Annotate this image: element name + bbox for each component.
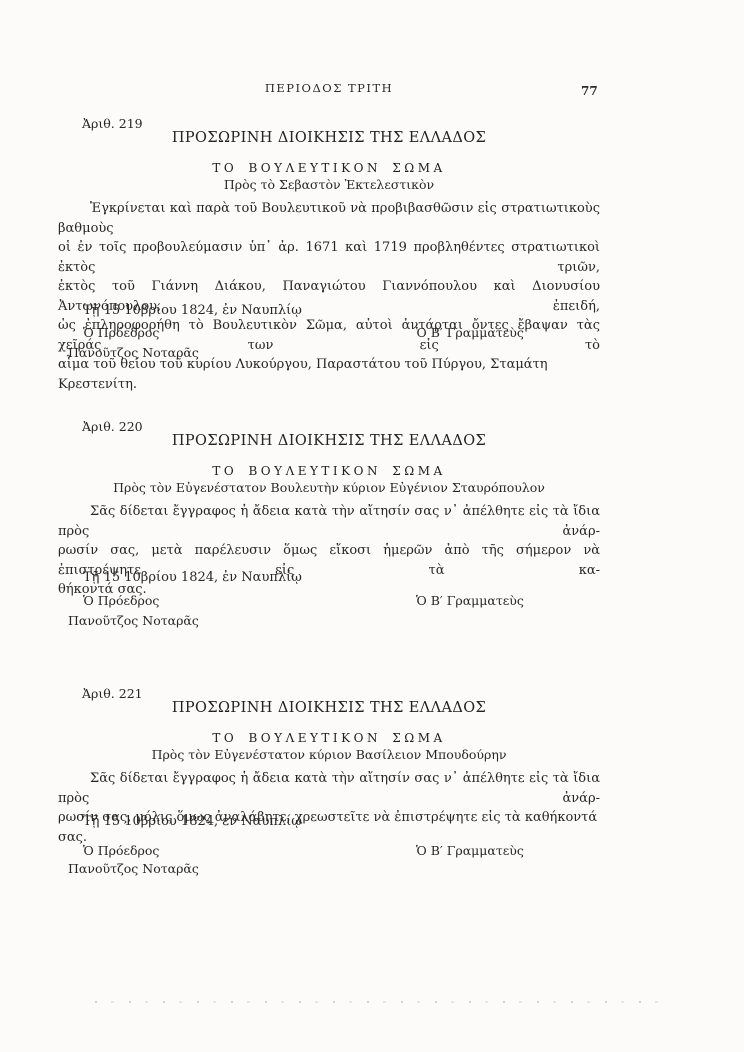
president-title: Ὁ Πρόεδρος: [83, 325, 159, 340]
decree-220: Ἀριθ. 220 ΠΡΟΣΩΡΙΝΗ ΔΙΟΙΚΗΣΙΣ ΤΗΣ ΕΛΛΑΔΟ…: [58, 419, 600, 634]
org-heading: ΠΡΟΣΩΡΙΝΗ ΔΙΟΙΚΗΣΙΣ ΤΗΣ ΕΛΛΑΔΟΣ: [58, 700, 600, 716]
page-number: 77: [581, 84, 598, 98]
decree-body: Σᾶς δίδεται ἔγγραφος ἡ ἄδεια κατὰ τὴν αἴ…: [58, 769, 600, 847]
dateline: Τῇ 15 10βρίου 1824, ἐν Ναυπλίῳ: [83, 303, 302, 318]
secretary-title: Ὁ Β′ Γραμματεὺς: [416, 843, 524, 858]
body-line: Σᾶς δίδεται ἔγγραφος ἡ ἄδεια κατὰ τὴν αἴ…: [58, 502, 600, 541]
running-head-title: ΠΕΡΙΟΔΟΣ ΤΡΙΤΗ: [58, 81, 600, 95]
body-line: Σᾶς δίδεται ἔγγραφος ἡ ἄδεια κατὰ τὴν αἴ…: [58, 769, 600, 808]
president-title: Ὁ Πρόεδρος: [83, 593, 159, 608]
decree-number-label: Ἀριθ. 219: [82, 116, 143, 131]
addressee-line: Πρὸς τὸν Εὐγενέστατον Βουλευτὴν κύριον Ε…: [58, 480, 600, 495]
body-heading: ΤΟ ΒΟΥΛΕΥΤΙΚΟΝ ΣΩΜΑ: [58, 731, 600, 745]
body-heading: ΤΟ ΒΟΥΛΕΥΤΙΚΟΝ ΣΩΜΑ: [58, 464, 600, 478]
secretary-title: Ὁ Β′ Γραμματεὺς: [416, 325, 524, 340]
org-heading: ΠΡΟΣΩΡΙΝΗ ΔΙΟΙΚΗΣΙΣ ΤΗΣ ΕΛΛΑΔΟΣ: [58, 433, 600, 449]
decree-219: Ἀριθ. 219 ΠΡΟΣΩΡΙΝΗ ΔΙΟΙΚΗΣΙΣ ΤΗΣ ΕΛΛΑΔΟ…: [58, 116, 600, 366]
decree-body: Ἐγκρίνεται καὶ παρὰ τοῦ Βουλευτικοῦ νὰ π…: [58, 199, 600, 394]
scan-artifact-speckles: [95, 1001, 670, 1003]
addressee-line: Πρὸς τὸν Εὐγενέστατον κύριον Βασίλειον Μ…: [58, 747, 600, 762]
body-line: αἷμα τοῦ θείου τοῦ κυρίου Λυκούργου, Παρ…: [58, 355, 600, 394]
dateline: Τῇ 15 10βρίου 1824, ἐν Ναυπλίῳ: [83, 570, 302, 585]
president-name: Πανοῦτζος Νοταρᾶς: [68, 861, 199, 876]
body-line: οἱ ἐν τοῖς προβουλεύμασιν ὑπ᾽ ἀρ. 1671 κ…: [58, 238, 600, 277]
org-heading: ΠΡΟΣΩΡΙΝΗ ΔΙΟΙΚΗΣΙΣ ΤΗΣ ΕΛΛΑΔΟΣ: [58, 130, 600, 146]
dateline: Τῇ 15 10βρίου 1824, ἐν Ναυπλίῳ: [83, 814, 302, 829]
body-heading: ΤΟ ΒΟΥΛΕΥΤΙΚΟΝ ΣΩΜΑ: [58, 161, 600, 175]
addressee-line: Πρὸς τὸ Σεβαστὸν Ἐκτελεστικὸν: [58, 177, 600, 192]
body-line: Ἐγκρίνεται καὶ παρὰ τοῦ Βουλευτικοῦ νὰ π…: [58, 199, 600, 238]
president-title: Ὁ Πρόεδρος: [83, 843, 159, 858]
secretary-title: Ὁ Β′ Γραμματεὺς: [416, 593, 524, 608]
decree-221: Ἀριθ. 221 ΠΡΟΣΩΡΙΝΗ ΔΙΟΙΚΗΣΙΣ ΤΗΣ ΕΛΛΑΔΟ…: [58, 686, 600, 881]
scanned-document-page: ΠΕΡΙΟΔΟΣ ΤΡΙΤΗ 77 Ἀριθ. 219 ΠΡΟΣΩΡΙΝΗ ΔΙ…: [0, 0, 744, 1052]
president-name: Πανοῦτζος Νοταρᾶς: [68, 613, 199, 628]
decree-number-label: Ἀριθ. 220: [82, 419, 143, 434]
president-name: Πανοῦτζος Νοταρᾶς: [68, 345, 199, 360]
decree-number-label: Ἀριθ. 221: [82, 686, 143, 701]
